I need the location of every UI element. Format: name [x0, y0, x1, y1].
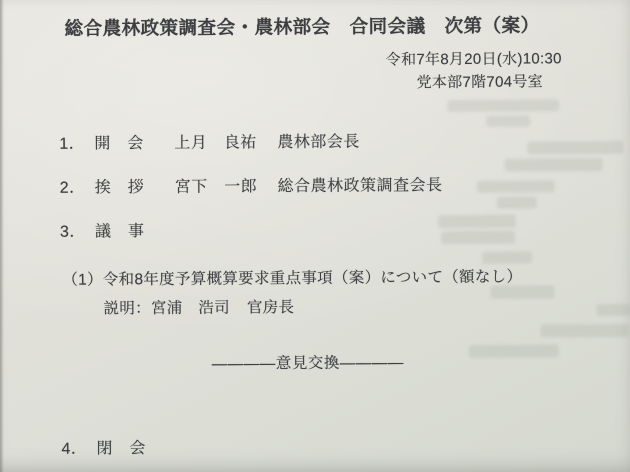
page-showthrough-smudge: [477, 180, 555, 193]
agenda-presenter: 説明：宮浦 浩司官房長: [103, 295, 294, 318]
presenter-name: 宮浦 浩司: [151, 300, 230, 318]
page-showthrough-smudge: [438, 215, 516, 229]
page-showthrough-smudge: [490, 285, 554, 298]
item-number: 4．: [61, 436, 96, 459]
item-person-name: 宮下 一郎: [175, 173, 278, 197]
page-showthrough-smudge: [497, 196, 537, 208]
page-showthrough-smudge: [541, 324, 629, 338]
item-person-name: 上月 良祐: [174, 129, 277, 153]
page-showthrough-smudge: [447, 99, 559, 112]
item-number: 1．: [59, 131, 94, 154]
page-showthrough-smudge: [441, 231, 515, 245]
agenda-row-proceedings: 3． 議 事: [60, 218, 175, 242]
agenda-document-photo: 総合農林政策調査会・農林部会 合同会議 次第（案） 令和7年8月20日(水)10…: [0, 0, 630, 472]
item-label: 閉 会: [96, 435, 176, 459]
meeting-agenda-document: 総合農林政策調査会・農林部会 合同会議 次第（案） 令和7年8月20日(水)10…: [0, 0, 630, 472]
agenda-row-greeting: 2． 挨 拶 宮下 一郎 総合農林政策調査会長: [60, 172, 443, 198]
item-person-role: 農林部会長: [277, 129, 360, 153]
item-number: 2．: [60, 175, 95, 198]
page-showthrough-smudge: [504, 158, 602, 172]
meeting-datetime: 令和7年8月20日(水)10:30: [386, 51, 562, 67]
meeting-meta: 令和7年8月20日(水)10:30 党本部7階704号室: [386, 51, 562, 90]
page-showthrough-smudge: [469, 344, 559, 358]
presenter-label: 説明：: [103, 300, 151, 317]
item-person-role: 総合農林政策調査会長: [278, 172, 443, 196]
item-label: 挨 拶: [95, 174, 175, 198]
agenda-row-opening: 1． 開 会 上月 良祐 農林部会長: [59, 129, 360, 154]
document-title: 総合農林政策調査会・農林部会 合同会議 次第（案）: [64, 11, 534, 40]
page-showthrough-smudge: [486, 115, 530, 126]
page-showthrough-smudge: [596, 304, 630, 316]
item-number: 3．: [60, 219, 95, 242]
page-showthrough-smudge: [482, 251, 532, 263]
item-label: 議 事: [95, 218, 175, 242]
item-label: 開 会: [94, 130, 174, 154]
meeting-venue: 党本部7階704号室: [386, 74, 543, 90]
agenda-row-closing: 4． 閉 会: [61, 435, 176, 459]
agenda-topic: （1）令和8年度予算概算要求重点事項（案）について（額なし）: [62, 265, 522, 290]
page-showthrough-smudge: [527, 141, 623, 155]
presenter-role: 官房長: [247, 299, 295, 316]
